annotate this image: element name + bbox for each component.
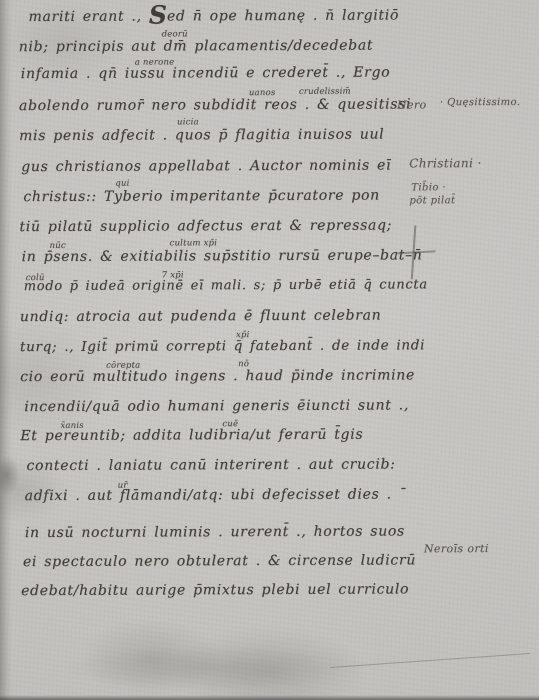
interlinear-gloss: ur̄ — [118, 481, 128, 491]
manuscript-line: undiq: atrocia aut pudenda ē fluunt cele… — [20, 308, 382, 326]
manuscript-line: mariti erant ., Sed n̄ ope humanę . n̄ l… — [29, 7, 400, 25]
manuscript-line: infamia . qn̄ iussu incendiū e crederet̄… — [21, 64, 391, 82]
interlinear-gloss: qui — [115, 179, 129, 189]
interlinear-gloss: cuē — [222, 419, 238, 429]
line-text: mariti erant ., — [29, 9, 142, 25]
interlinear-gloss: 7 xp̄i — [162, 270, 184, 280]
interlinear-gloss: colū — [26, 273, 45, 283]
interlinear-gloss: crudelissim̄ — [299, 87, 351, 97]
manuscript-line: in p̄sens. & exitiabilis sup̄stitio rurs… — [22, 247, 423, 265]
manuscript-line: turq; ., Igit̄ primū correpti q̄ fateban… — [20, 337, 425, 355]
manuscript-line: christus:: Tyberio imperitante p̄curator… — [23, 188, 380, 206]
margin-note-quesitissimo: · Quęsitissimo. — [440, 97, 520, 108]
interlinear-gloss: cultum xp̄i — [170, 238, 218, 248]
manuscript-line: mis penis adfecit . quos p̄ flagitia inu… — [19, 126, 384, 144]
manuscript-line: edebat/habitu aurige p̄mixtus plebi uel … — [21, 581, 409, 599]
margin-note-pont-pilat: pōt pilat̄ — [409, 195, 455, 206]
margin-note-nero: Nero — [397, 98, 427, 111]
interlinear-gloss: xp̄i — [236, 330, 250, 340]
manuscript-line: contecti . laniatu canū interirent . aut… — [26, 456, 395, 474]
manuscript-line: modo p̄ iudeā originē eī mali. s; p̄ urb… — [24, 277, 428, 294]
manuscript-line: nib; principis aut dm̄ placamentis/deced… — [19, 38, 374, 56]
page-gutter-shadow — [0, 0, 12, 700]
manuscript-line: gus christianos appellabat . Auctor nomi… — [21, 157, 391, 175]
manuscript-line: in usū nocturni luminis . urerent̄ ., ho… — [25, 523, 405, 541]
manuscript-line: ei spectaculo nero obtulerat . & circens… — [23, 552, 416, 570]
interlinear-gloss: nūc — [50, 241, 66, 251]
interlinear-gloss: cōrepta — [106, 361, 140, 371]
parchment-stain — [60, 645, 360, 690]
margin-note-neronis-orti: Neroīs orti — [424, 542, 489, 555]
text-block: mariti erant ., Sed n̄ ope humanę . n̄ l… — [0, 0, 539, 700]
interlinear-gloss: deorū — [162, 29, 188, 39]
margin-note-tiberio: Tib̄io · — [411, 182, 446, 193]
margin-note-christiani: Christiani · — [409, 156, 482, 170]
interlinear-gloss: uanos — [249, 88, 276, 98]
interlinear-gloss: a nerone — [135, 57, 175, 67]
manuscript-line: tiū pilatū supplicio adfectus erat & rep… — [19, 217, 392, 235]
manuscript-line: cio eorū multitudo ingens . haud p̄inde … — [20, 367, 415, 385]
manuscript-line: adfixi . aut flāmandi/atq: ubi defecisse… — [25, 486, 407, 504]
page-bottom-edge — [0, 695, 539, 700]
line-text: ed n̄ ope humanę . n̄ largitiō — [167, 7, 399, 24]
interlinear-gloss: x̄anis — [60, 421, 83, 431]
manuscript-page: mariti erant ., Sed n̄ ope humanę . n̄ l… — [0, 0, 539, 700]
interlinear-gloss: nō — [238, 359, 249, 369]
interlinear-gloss: uicia — [177, 117, 199, 127]
manuscript-line: abolendo rumor̄ nero subdidit reos . & q… — [19, 96, 411, 114]
decorated-initial: S — [149, 0, 167, 29]
manuscript-line: incendii/quā odio humani generis ēiuncti… — [24, 397, 409, 415]
